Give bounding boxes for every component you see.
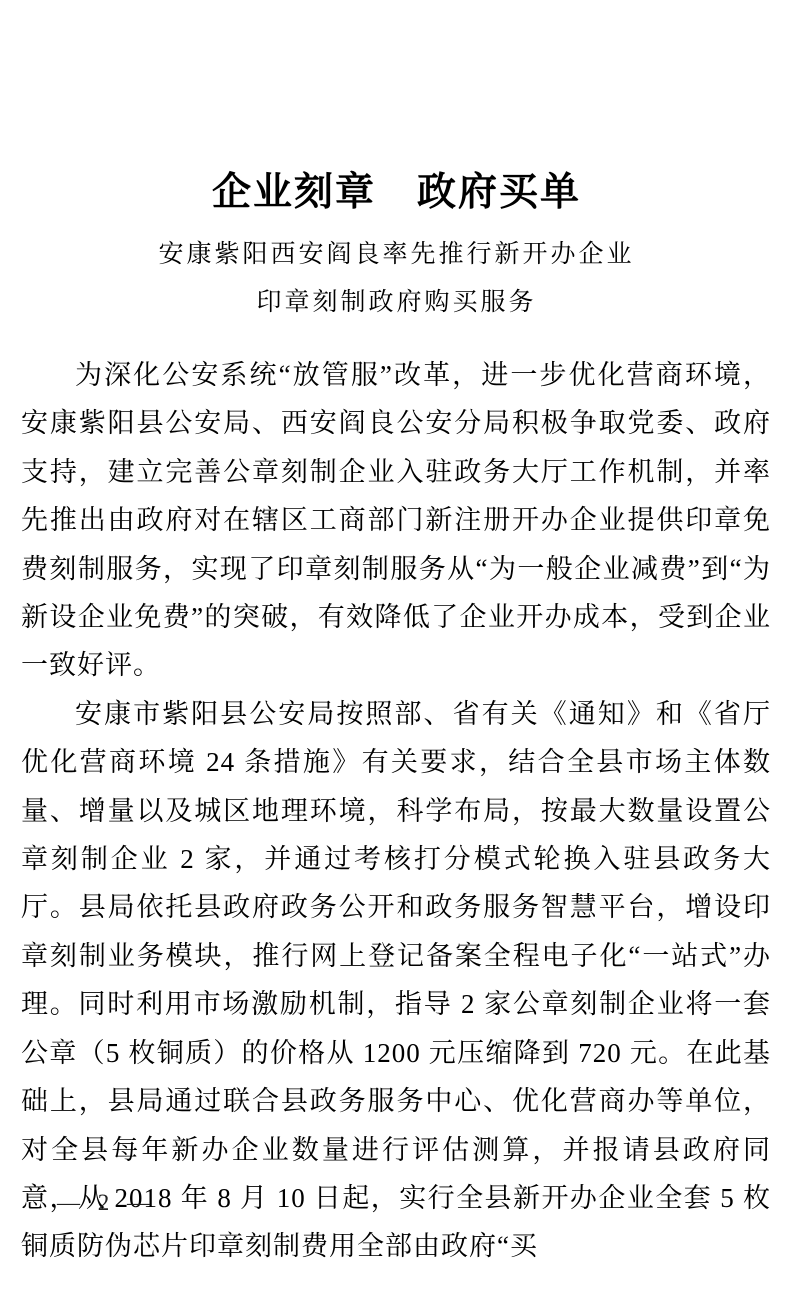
document-body: 为深化公安系统“放管服”改革，进一步优化营商环境，安康紫阳县公安局、西安阎良公安… [21, 351, 771, 1271]
page-number: — 2 — [57, 1190, 156, 1216]
document-page: 企业刻章 政府买单 安康紫阳西安阎良率先推行新开办企业 印章刻制政府购买服务 为… [0, 0, 793, 1297]
body-paragraph-2: 安康市紫阳县公安局按照部、省有关《通知》和《省厅优化营商环境 24 条措施》有关… [21, 690, 771, 1271]
document-subtitle-line2: 印章刻制政府购买服务 [0, 288, 793, 318]
document-title: 企业刻章 政府买单 [0, 170, 793, 216]
body-paragraph-1: 为深化公安系统“放管服”改革，进一步优化营商环境，安康紫阳县公安局、西安阎良公安… [21, 351, 771, 690]
document-subtitle-line1: 安康紫阳西安阎良率先推行新开办企业 [0, 240, 793, 270]
